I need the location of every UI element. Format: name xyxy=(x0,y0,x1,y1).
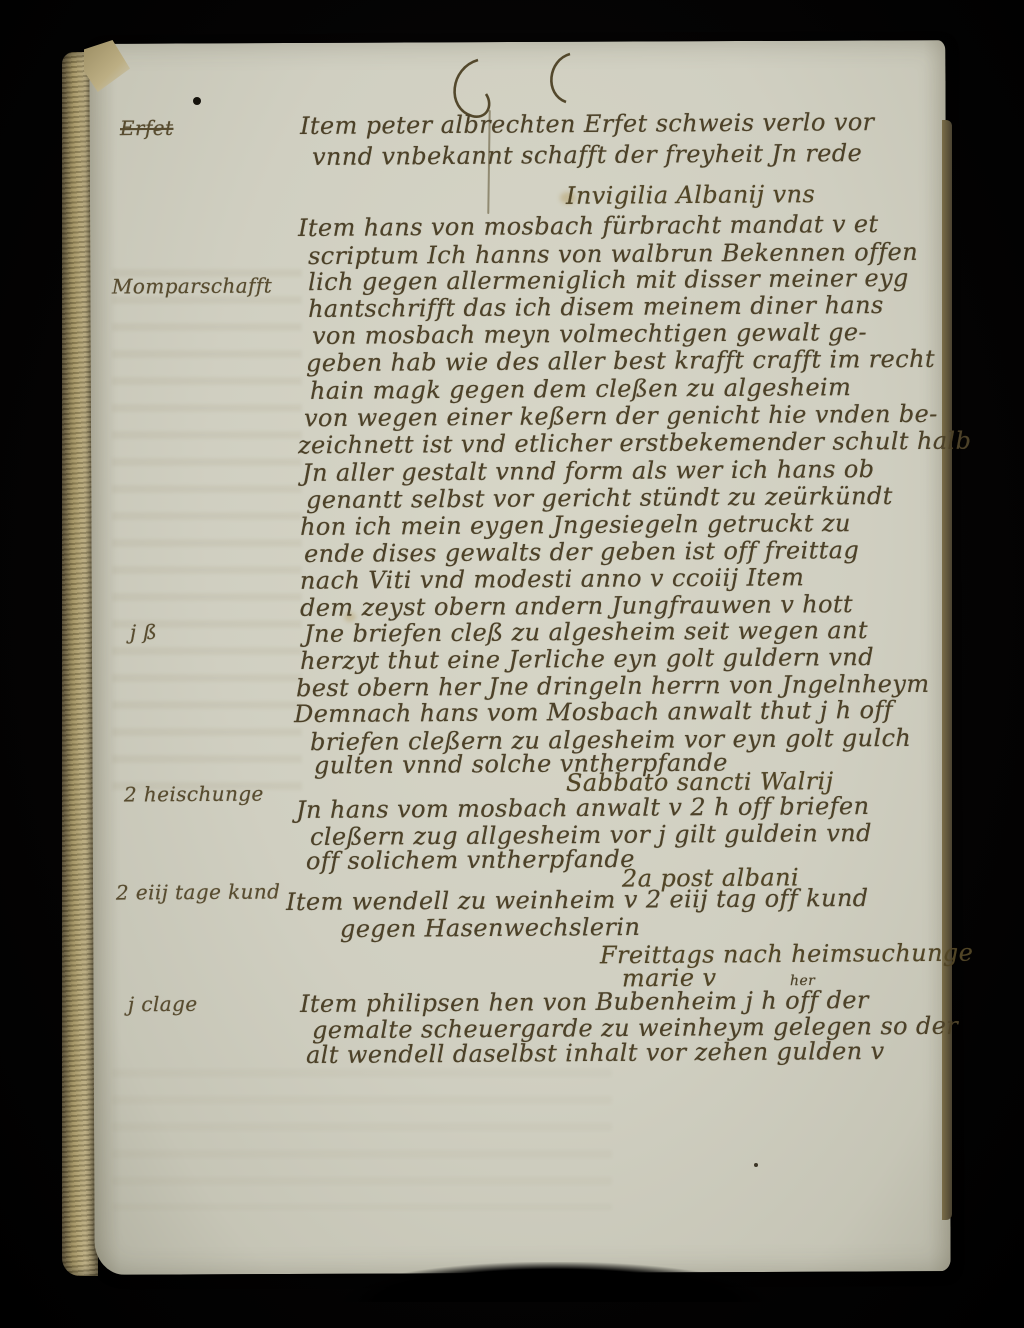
bottom-page-curl xyxy=(340,1262,770,1302)
manuscript-line: Item philipsen hen von Bubenheim j h off… xyxy=(300,988,869,1016)
margin-note: 2 heischunge xyxy=(124,784,264,805)
manuscript-line: vnnd vnbekannt schafft der freyheit Jn r… xyxy=(312,141,862,169)
margin-note: j clage xyxy=(128,994,198,1014)
manuscript-line: gegen Hasenwechslerin xyxy=(340,915,640,941)
margin-note: Erfet xyxy=(120,118,174,138)
manuscript-line: Item peter albrechten Erfet schweis verl… xyxy=(300,110,875,138)
manuscript-line: Item hans von mosbach fürbracht mandat v… xyxy=(298,212,879,240)
date-heading: Invigilia Albanij vns xyxy=(566,182,815,208)
manuscript-line: Item wendell zu weinheim v 2 eiij tag of… xyxy=(286,886,869,914)
underlying-page-edge xyxy=(942,120,952,1220)
manuscript-photo: Item peter albrechten Erfet schweis verl… xyxy=(0,0,1024,1328)
manuscript-line: hantschrifft das ich disem meinem diner … xyxy=(308,293,884,321)
manuscript-line: genantt selbst vor gericht stündt zu zeü… xyxy=(306,484,893,512)
manuscript-line: herzyt thut eine Jerliche eyn golt gulde… xyxy=(300,645,874,673)
manuscript-line: alt wendell daselbst inhalt vor zehen gu… xyxy=(306,1039,885,1067)
margin-note: Momparschafft xyxy=(112,275,272,296)
manuscript-line: ende dises gewalts der geben ist off fre… xyxy=(304,538,859,566)
date-heading: Sabbato sancti Walrij xyxy=(566,769,834,795)
manuscript-line: von mosbach meyn volmechtigen gewalt ge- xyxy=(312,320,867,348)
ink-dot xyxy=(193,97,201,105)
manuscript-line: Jn aller gestalt vnnd form als wer ich h… xyxy=(302,457,875,485)
manuscript-line: hon ich mein eygen Jngesiegeln getruckt … xyxy=(300,511,851,539)
manuscript-line: geben hab wie des aller best krafft craf… xyxy=(306,347,935,375)
manuscript-line: off solichem vntherpfande xyxy=(306,847,635,873)
manuscript-line: Demnach hans vom Mosbach anwalt thut j h… xyxy=(294,698,893,726)
manuscript-line: Jne briefen cleß zu algesheim seit wegen… xyxy=(304,618,868,646)
manuscript-line: von wegen einer keßern der genicht hie v… xyxy=(304,402,938,430)
manuscript-line: lich gegen allermeniglich mit disser mei… xyxy=(308,266,909,294)
manuscript-line: Jn hans vom mosbach anwalt v 2 h off bri… xyxy=(296,794,870,822)
margin-note: 2 eiij tage kund xyxy=(116,881,280,902)
manuscript-line: hain magk gegen dem cleßen zu algesheim xyxy=(310,375,851,403)
manuscript-line: nach Viti vnd modesti anno v ccoiij Item xyxy=(300,565,804,593)
ink-dot xyxy=(754,1163,758,1167)
margin-note: j ß xyxy=(130,622,157,642)
manuscript-line: zeichnett ist vnd etlicher erstbekemende… xyxy=(298,429,971,458)
